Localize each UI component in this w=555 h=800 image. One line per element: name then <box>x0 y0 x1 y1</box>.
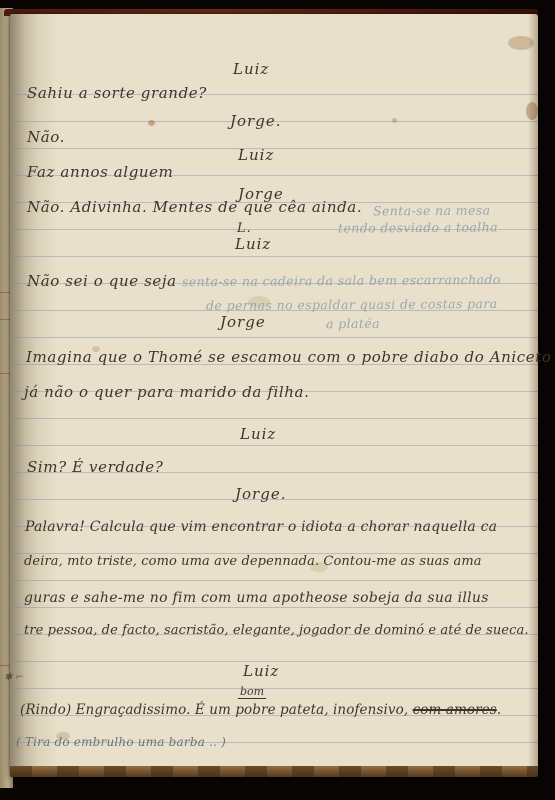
dialogue-line: Não. <box>27 128 65 146</box>
speaker-heading: Jorge <box>220 313 266 331</box>
speaker-heading: Luiz <box>238 146 274 164</box>
speaker-heading: Jorge. <box>235 485 286 503</box>
struck-text: com amores <box>413 702 497 718</box>
pencil-stage-direction: Senta-se na mesa <box>373 203 491 219</box>
dialogue-text: . <box>497 702 501 718</box>
pencil-stage-direction: senta-se na cadeira da sala bem escarran… <box>182 272 501 289</box>
dialogue-line: tre pessoa, de facto, sacristão, elegant… <box>24 623 529 638</box>
pencil-stage-direction: de pernas no espaldar quasi de costas pa… <box>206 296 498 313</box>
dialogue-line: Não sei o que seja <box>27 272 177 290</box>
speaker-abbrev: L. <box>237 221 252 236</box>
photo-canvas: { "document": { "description": "handwrit… <box>0 0 555 800</box>
speaker-heading: Jorge. <box>230 112 281 130</box>
speaker-heading: Luiz <box>233 60 269 78</box>
dialogue-line: Sim? É verdade? <box>27 458 163 476</box>
dialogue-line: já não o quer para marido da filha. <box>24 383 309 401</box>
rust-stain <box>392 118 397 123</box>
speaker-heading: Luiz <box>235 235 271 253</box>
margin-pencil-mark: ✱ ⌐ <box>4 672 24 683</box>
dialogue-line: Sahiu a sorte grande? <box>27 84 207 102</box>
dialogue-line-with-strikethrough: (Rindo) Engraçadissimo. É um pobre patet… <box>20 702 501 718</box>
dialogue-line: guras e sahe-me no fim com uma apotheose… <box>24 590 489 606</box>
rust-stain <box>148 120 155 126</box>
dialogue-line: Palavra! Calcula que vim encontrar o idi… <box>25 519 497 535</box>
inserted-word: bom <box>238 685 266 699</box>
stage-direction: ( Tira do embrulho uma barba .. ) <box>16 735 226 749</box>
worn-bottom-edge <box>10 766 538 777</box>
rust-stain <box>508 36 534 50</box>
pencil-stage-direction: a platéa <box>326 316 380 331</box>
speaker-heading: Luiz <box>243 662 279 680</box>
pencil-stage-direction: tendo desviado a toalha <box>338 219 498 235</box>
dialogue-line: Não. Adivinha. Mentes de que cêa ainda. <box>27 198 362 216</box>
speaker-heading: Luiz <box>240 425 276 443</box>
edge-wear-spot <box>526 102 538 120</box>
notebook-page: Luiz Sahiu a sorte grande? Jorge. Não. L… <box>10 14 538 777</box>
dialogue-text: (Rindo) Engraçadissimo. É um pobre patet… <box>20 702 413 718</box>
dialogue-line: Faz annos alguem <box>27 163 173 181</box>
dialogue-line: Imagina que o Thomé se escamou com o pob… <box>26 348 555 366</box>
dialogue-line: deira, mto triste, como uma ave depennad… <box>24 554 482 569</box>
